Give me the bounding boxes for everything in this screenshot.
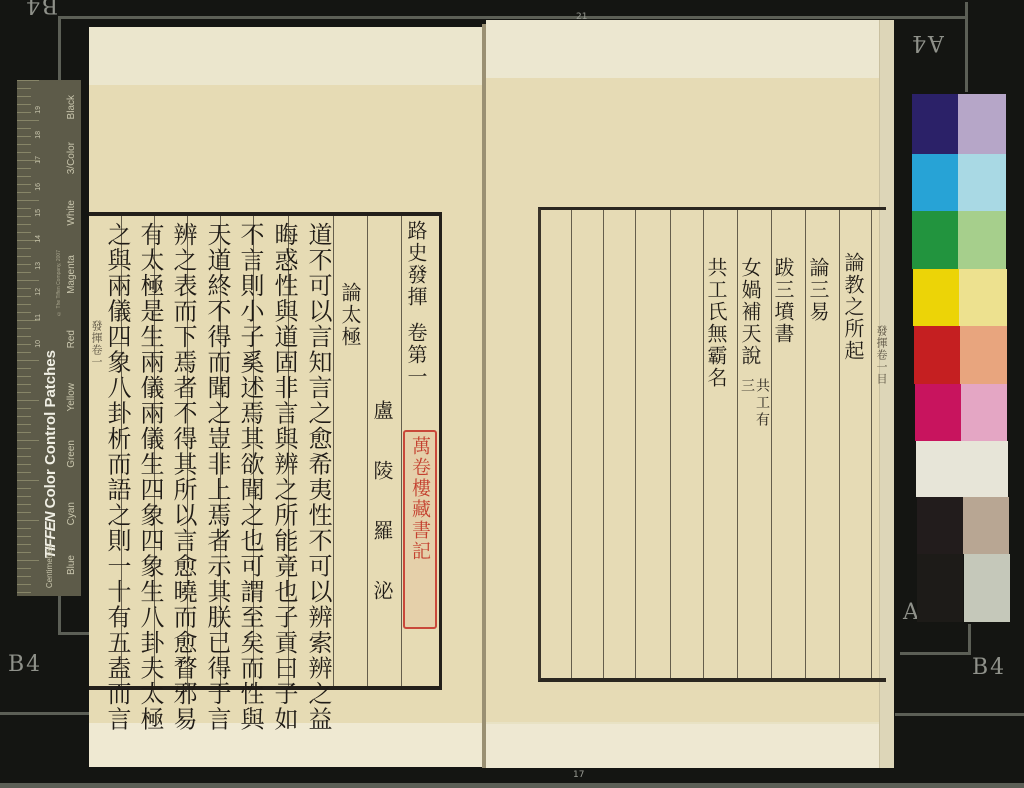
mat-frame-line-bottom-right xyxy=(895,713,1024,716)
ruler-unit-label: Centimetres xyxy=(45,545,54,588)
column-rule xyxy=(871,210,872,678)
text-column-6: 有太極是生兩儀兩儀生四象四象生八卦夫太極 xyxy=(138,222,162,732)
color-label-cyan: Cyan xyxy=(66,502,77,525)
mat-frame-line-bottom-left xyxy=(0,712,90,715)
ruler-number: 15 xyxy=(35,209,42,217)
mat-frame-line-left xyxy=(58,16,61,88)
patch-black-light xyxy=(964,554,1010,622)
color-label-3color: 3/Color xyxy=(66,142,77,174)
section-heading: 論太極 xyxy=(340,282,360,348)
color-label-green: Green xyxy=(66,440,77,468)
text-column-2: 晦惑性與道固非言與辨之所能竟也子貢曰子如 xyxy=(272,222,296,732)
column-rule xyxy=(635,210,636,678)
color-label-white: White xyxy=(66,200,77,226)
color-label-yellow: Yellow xyxy=(66,383,77,412)
mat-frame-line-right xyxy=(965,2,968,92)
right-page-bottom-margin xyxy=(486,724,894,768)
tiffen-copyright: © The Tiffen Company, 2007 xyxy=(56,250,62,316)
ruler-number: 11 xyxy=(35,314,42,321)
mat-label-bottom-right: B4 xyxy=(972,655,1006,680)
patch-blue-dark xyxy=(912,94,958,154)
ruler-number: 12 xyxy=(35,288,42,296)
text-column-7: 之與兩儀四象八卦析而語之則一十有五盍而言 xyxy=(105,222,129,732)
ruler-number: 17 xyxy=(35,156,42,164)
author-column: 盧陵羅泌 xyxy=(372,400,392,640)
right-page-top-margin xyxy=(486,20,894,78)
patch-white xyxy=(916,441,1008,497)
mat-frame-line-lower-right xyxy=(900,652,970,655)
tiffen-brand: TIFFEN Color Control Patches xyxy=(42,350,59,559)
ruler-number: 16 xyxy=(35,183,42,191)
mat-bottom-strip xyxy=(0,783,1024,788)
column-rule xyxy=(571,210,572,678)
toc-item-2: 論三易 xyxy=(808,257,828,323)
toc-item-4-note-prefix: 三 xyxy=(740,378,754,395)
mat-label-top-right: A4 xyxy=(910,30,944,55)
left-page-top-margin xyxy=(89,27,484,85)
mat-frame-line-lower-left-h xyxy=(58,632,90,635)
collector-seal: 萬卷樓藏書記 xyxy=(403,430,437,629)
mat-label-top-left: B4 xyxy=(24,0,58,17)
color-label-magenta: Magenta xyxy=(66,255,77,294)
toc-item-1: 論教之所起 xyxy=(843,252,863,362)
patch-red-dark xyxy=(914,326,960,384)
mat-frame-line-lower-left xyxy=(58,596,61,632)
color-label-red: Red xyxy=(66,330,77,348)
patch-black-dark xyxy=(917,554,963,622)
author-place: 盧陵 xyxy=(370,400,394,520)
ruler-number: 10 xyxy=(35,340,42,348)
mat-label-bottom-left: B4 xyxy=(8,652,42,677)
text-column-4: 天道終不得而聞之豈非上焉者示其朕已得于言 xyxy=(205,222,229,732)
patch-yellow-light xyxy=(959,269,1007,326)
text-column-1: 道不可以言知言之愈希夷性不可以辨索辨之益 xyxy=(306,222,330,732)
color-label-blue: Blue xyxy=(66,555,77,575)
column-rule xyxy=(333,216,334,686)
toc-item-4: 女媧補天說 xyxy=(740,257,760,367)
patch-3color-light xyxy=(963,497,1009,554)
text-column-5: 辨之表而下焉者不得其所以言愈曉而愈瞀邪易 xyxy=(171,222,195,732)
column-rule xyxy=(839,210,840,678)
color-control-patches xyxy=(912,94,1008,624)
column-rule xyxy=(401,216,402,686)
patch-3color-dark xyxy=(917,497,963,554)
ruler-number: 13 xyxy=(35,262,42,270)
volume-label: 卷第一 xyxy=(404,322,428,388)
toc-item-3: 跋三墳書 xyxy=(773,257,793,345)
left-margin-note: 發揮卷一 xyxy=(91,320,102,368)
toc-item-5: 共工氏無霸名 xyxy=(706,257,726,389)
tiffen-product-name: Color Control Patches xyxy=(42,350,59,508)
mat-number-bottom: 17 xyxy=(573,770,584,780)
patch-cyan-dark xyxy=(912,154,958,211)
author-name: 羅泌 xyxy=(370,520,394,640)
column-rule xyxy=(367,216,368,686)
column-rule xyxy=(603,210,604,678)
right-margin-note: 發揮卷一目 xyxy=(876,325,887,385)
patch-magenta-light xyxy=(961,384,1007,441)
book-title: 路史發揮 xyxy=(404,220,428,308)
patch-yellow-dark xyxy=(913,269,959,326)
patch-magenta-dark xyxy=(915,384,961,441)
patch-green-dark xyxy=(912,211,958,269)
patch-cyan-light xyxy=(958,154,1006,211)
color-label-black: Black xyxy=(66,95,77,119)
mat-frame-line-top xyxy=(58,16,968,19)
patch-blue-light xyxy=(958,94,1006,154)
ruler-number: 18 xyxy=(35,131,42,139)
patch-red-light xyxy=(960,326,1007,384)
patch-green-light xyxy=(958,211,1006,269)
seal-text: 萬卷樓藏書記 xyxy=(407,436,434,562)
book-title-column: 路史發揮卷第一 xyxy=(406,220,426,388)
text-column-3: 不言則小子奚述焉其欲聞之也可謂至矣而性與 xyxy=(238,222,262,732)
toc-item-4-note: 共工有 xyxy=(755,378,769,429)
column-rule xyxy=(670,210,671,678)
mat-frame-line-lower-right-v xyxy=(968,624,971,655)
ruler-number: 14 xyxy=(35,235,42,243)
ruler-number: 19 xyxy=(35,106,42,114)
